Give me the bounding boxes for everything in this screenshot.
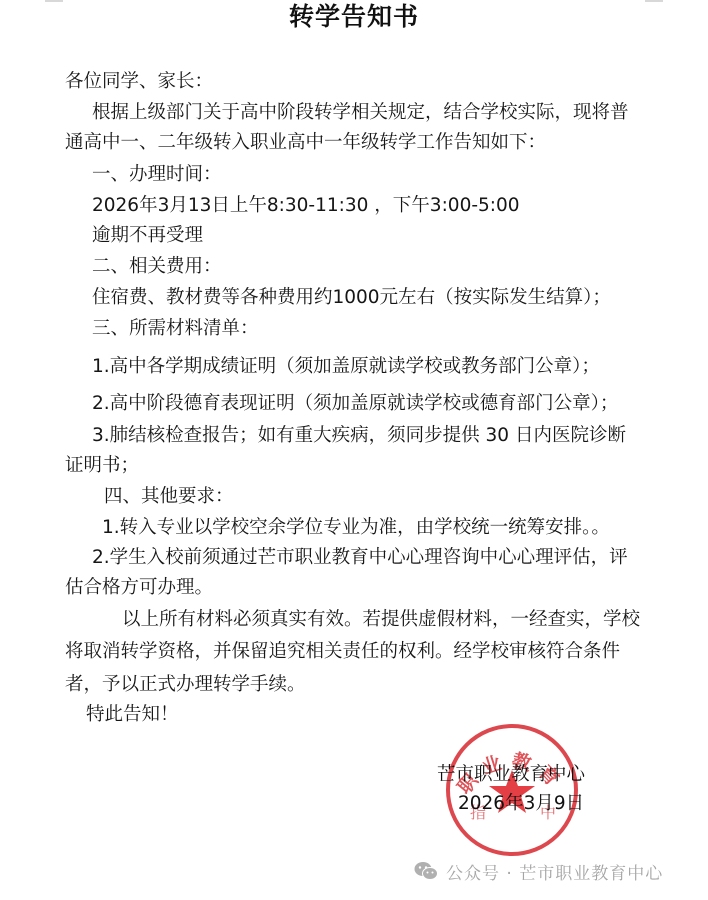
sign-off: 特此告知！ (86, 703, 179, 727)
section-4-heading: 四、其他要求： (104, 485, 234, 509)
intro-line-2: 通高中一、二年级转入职业高中一年级转学工作告知如下： (65, 131, 546, 155)
intro-line-1: 根据上级部门关于高中阶段转学相关规定，结合学校实际，现将普 (92, 101, 629, 125)
section-1-time: 2026年3月13日上午8:30-11:30 ，下午3:00-5:00 (92, 194, 520, 218)
closing-line-1: 以上所有材料必须真实有效。若提供虚假材料，一经查实，学校 (122, 608, 640, 632)
section-3-item-3-cont: 证明书； (65, 454, 139, 478)
section-3-heading: 三、所需材料清单： (92, 317, 259, 341)
section-3-item-3: 3.肺结核检查报告；如有重大疾病，须同步提供 30 日内医院诊断 (92, 424, 626, 448)
official-seal-icon: 职业教育 指 中 (444, 722, 580, 858)
salutation: 各位同学、家长： (65, 70, 213, 94)
section-3-item-1: 1.高中各学期成绩证明（须加盖原就读学校或教务部门公章）； (92, 355, 600, 379)
section-2-heading: 二、相关费用： (92, 255, 222, 279)
section-1-note: 逾期不再受理 (92, 224, 203, 248)
wechat-account-footer: 公众号 · 芒市职业教育中心 (414, 858, 663, 884)
section-4-item-1: 1.转入专业以学校空余学位专业为准，由学校统一统筹安排。。 (102, 516, 610, 540)
section-1-heading: 一、办理时间： (92, 163, 222, 187)
wechat-account-name: 公众号 · 芒市职业教育中心 (446, 859, 663, 884)
closing-line-2: 将取消转学资格，并保留追究相关责任的权利。经学校审核符合条件 (65, 640, 620, 664)
section-4-item-2-cont: 估合格方可办理。 (65, 576, 213, 600)
section-3-item-2: 2.高中阶段德育表现证明（须加盖原就读学校或德育部门公章）； (92, 392, 618, 416)
document-title: 转学告知书 (0, 2, 708, 32)
wechat-icon (414, 861, 438, 881)
section-2-fees: 住宿费、教材费等各种费用约1000元左右（按实际发生结算）； (92, 286, 611, 310)
section-4-item-2: 2.学生入校前须通过芒市职业教育中心心理咨询中心心理评估，评 (92, 546, 628, 570)
closing-line-3: 者，予以正式办理转学手续。 (65, 673, 306, 697)
signature-date: 2026年3月9日 (458, 792, 584, 816)
signature-organization: 芒市职业教育中心 (437, 763, 585, 787)
